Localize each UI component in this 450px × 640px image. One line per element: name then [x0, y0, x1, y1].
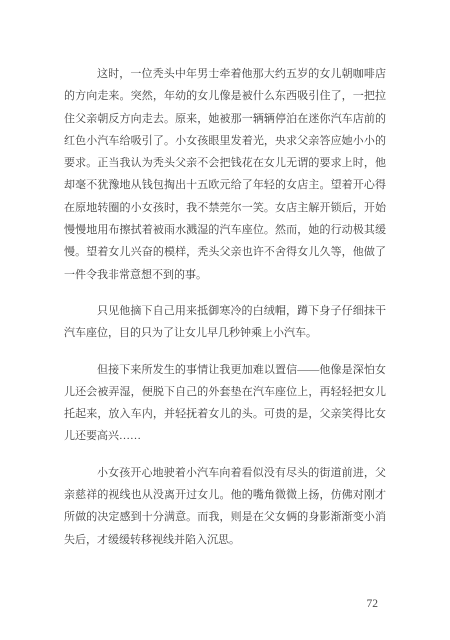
text-block: 这时，一位秃头中年男士牵着他那大约五岁的女儿朝咖啡店的方向走来。突然，年幼的女儿…	[64, 63, 386, 565]
paragraph: 这时，一位秃头中年男士牵着他那大约五岁的女儿朝咖啡店的方向走来。突然，年幼的女儿…	[64, 63, 386, 286]
paragraph: 只见他摘下自己用来抵御寒冷的白绒帽，蹲下身子仔细抹干汽车座位，目的只为了让女儿早…	[64, 300, 386, 345]
paragraph: 小女孩开心地驶着小汽车向着看似没有尽头的街道前进，父亲慈祥的视线也从没离开过女儿…	[64, 462, 386, 551]
paragraph: 但接下来所发生的事情让我更加难以置信——他像是深怕女儿还会被弄湿，便脱下自己的外…	[64, 359, 386, 448]
document-page: 这时，一位秃头中年男士牵着他那大约五岁的女儿朝咖啡店的方向走来。突然，年幼的女儿…	[0, 0, 450, 640]
page-number: 72	[286, 598, 378, 610]
